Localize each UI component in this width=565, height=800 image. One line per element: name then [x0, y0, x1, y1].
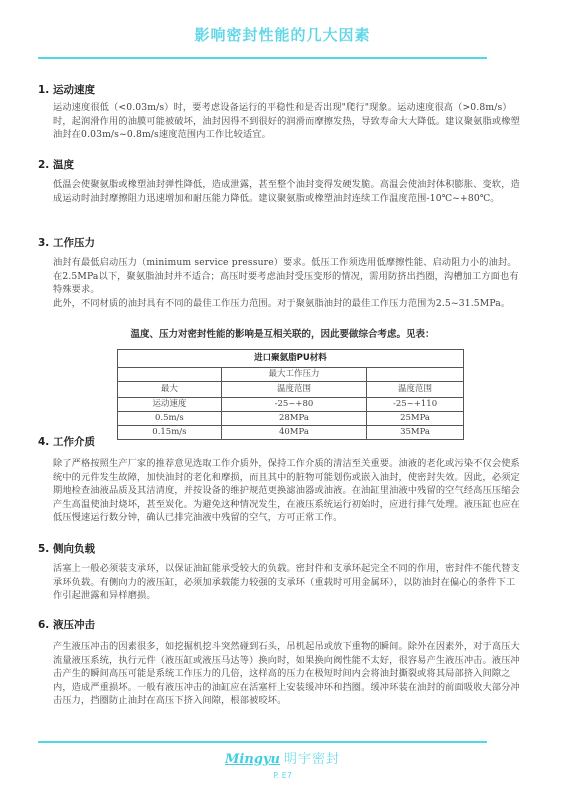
paragraph: 活塞上一般必须装支承环，以保证油缸能承受较大的负载。密封件和支承环起完全不同的作… — [53, 562, 523, 603]
page-title: 影响密封性能的几大因素 — [0, 24, 565, 45]
table-cell: -25~+80 — [221, 398, 366, 412]
table-header-cell: 最大 — [118, 382, 222, 398]
footer-divider — [38, 741, 487, 743]
brand-logo-text: Mingyu — [225, 752, 280, 767]
footer-brand: Mingyu明宇密封 — [0, 748, 565, 767]
pu-material-table: 进口聚氨脂PU材料 最大工作压力 最大 温度范围 温度范围 运动速度 -25~+… — [117, 349, 464, 440]
table-cell: 28MPa — [221, 412, 366, 426]
paragraph: 产生液压冲击的因素很多，如挖掘机挖斗突然碰到石头，吊机起吊或放下重物的瞬间。除外… — [53, 640, 523, 708]
section-heading-pressure: 3. 工作压力 — [38, 235, 95, 250]
table-header-cell: 温度范围 — [367, 382, 464, 398]
paragraph: 此外，不同材质的油封具有不同的最佳工作压力范围。对于聚氨脂油封的最佳工作压力范围… — [53, 297, 523, 311]
table-subheader-cell — [367, 368, 464, 382]
section-body-temperature: 低温会使聚氨脂或橡塑油封弹性降低，造成泄露，甚至整个油封变得发硬发脆。高温会使油… — [53, 178, 523, 205]
table-cell: -25~+110 — [367, 398, 464, 412]
table-cell: 35MPa — [367, 426, 464, 440]
paragraph: 油封有最低启动压力（minimum service pressure）要求。低压… — [53, 256, 523, 297]
paragraph: 除了严格按照生产厂家的推荐意见选取工作介质外，保持工作介质的清洁至关重要。油液的… — [53, 457, 523, 525]
table-subheader-cell — [118, 368, 222, 382]
table-subheader-cell: 最大工作压力 — [221, 368, 366, 382]
table-cell: 40MPa — [221, 426, 366, 440]
header-divider — [38, 57, 487, 59]
brand-name-cn: 明宇密封 — [284, 752, 340, 767]
paragraph: 运动速度很低（<0.03m/s）时，要考虑设备运行的平稳性和是否出现"爬行"现象… — [53, 101, 523, 142]
section-heading-speed: 1. 运动速度 — [38, 82, 95, 97]
section-heading-medium: 4. 工作介质 — [38, 434, 95, 449]
section-body-speed: 运动速度很低（<0.03m/s）时，要考虑设备运行的平稳性和是否出现"爬行"现象… — [53, 101, 523, 142]
table-row: 0.5m/s 28MPa 25MPa — [118, 412, 464, 426]
table-cell: 运动速度 — [118, 398, 222, 412]
section-body-pressure: 油封有最低启动压力（minimum service pressure）要求。低压… — [53, 256, 523, 310]
section-heading-hydraulic-shock: 6. 液压冲击 — [38, 617, 95, 632]
section-body-side-load: 活塞上一般必须装支承环，以保证油缸能承受较大的负载。密封件和支承环起完全不同的作… — [53, 562, 523, 603]
section-body-hydraulic-shock: 产生液压冲击的因素很多，如挖掘机挖斗突然碰到石头，吊机起吊或放下重物的瞬间。除外… — [53, 640, 523, 708]
table-cell: 25MPa — [367, 412, 464, 426]
table-title: 进口聚氨脂PU材料 — [118, 350, 464, 368]
table-row: 运动速度 -25~+80 -25~+110 — [118, 398, 464, 412]
section-body-medium: 除了严格按照生产厂家的推荐意见选取工作介质外，保持工作介质的清洁至关重要。油液的… — [53, 457, 523, 525]
paragraph: 低温会使聚氨脂或橡塑油封弹性降低，造成泄露，甚至整个油封变得发硬发脆。高温会使油… — [53, 178, 523, 205]
table-cell: 0.5m/s — [118, 412, 222, 426]
table-header-cell: 温度范围 — [221, 382, 366, 398]
table-row: 0.15m/s 40MPa 35MPa — [118, 426, 464, 440]
section-heading-temperature: 2. 温度 — [38, 157, 74, 172]
page-number: P. E7 — [0, 771, 565, 780]
section-heading-side-load: 5. 侧向负载 — [38, 541, 95, 556]
table-caption: 温度、压力对密封性能的影响是互相关联的，因此要做综合考虑。见表： — [0, 326, 565, 340]
table-cell: 0.15m/s — [118, 426, 222, 440]
